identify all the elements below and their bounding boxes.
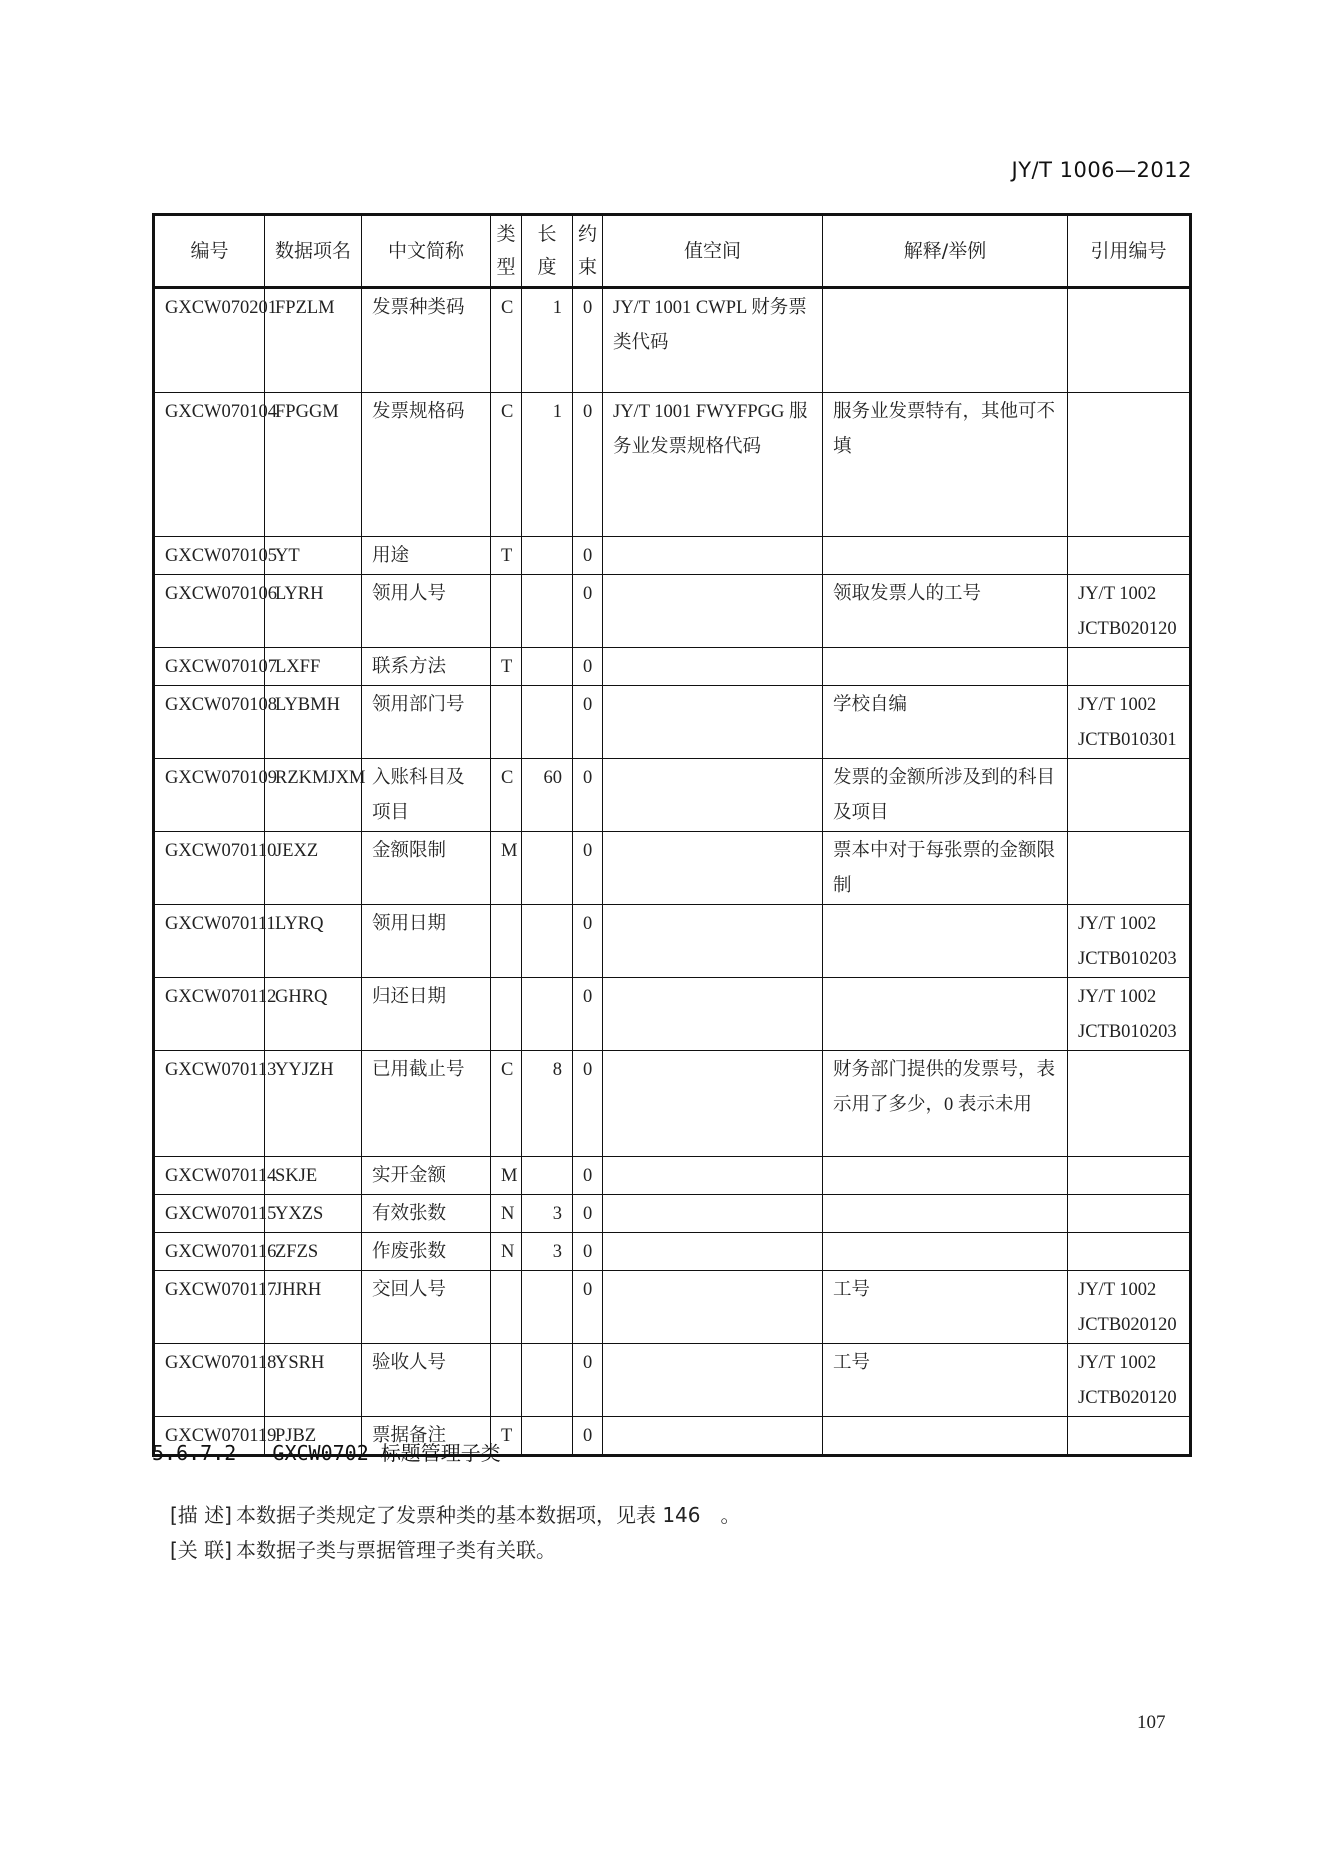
cell-id: GXCW070104 — [154, 393, 265, 537]
table-row: GXCW070109RZKMJXM入账科目及项目C600发票的金额所涉及到的科目… — [154, 759, 1191, 832]
cell-value-space — [603, 1195, 823, 1233]
cell-constraint: 0 — [573, 759, 603, 832]
cell-constraint: 0 — [573, 1195, 603, 1233]
cell-explanation — [823, 1233, 1068, 1271]
page-number: 107 — [1137, 1712, 1166, 1734]
col-header-reference: 引用编号 — [1068, 215, 1191, 288]
cell-type: M — [491, 1157, 522, 1195]
cell-chinese-name: 领用日期 — [362, 905, 491, 978]
col-header-id: 编号 — [154, 215, 265, 288]
cell-chinese-name: 用途 — [362, 537, 491, 575]
data-item-table: 编号 数据项名 中文简称 类型 长度 约束 值空间 解释/举例 引用编号 GXC… — [152, 213, 1192, 1457]
cell-reference: JY/T 1002 JCTB010301 — [1068, 686, 1191, 759]
cell-chinese-name: 入账科目及项目 — [362, 759, 491, 832]
cell-field-name: YSRH — [265, 1344, 362, 1417]
cell-id: GXCW070114 — [154, 1157, 265, 1195]
cell-explanation — [823, 1417, 1068, 1456]
table-header-row: 编号 数据项名 中文简称 类型 长度 约束 值空间 解释/举例 引用编号 — [154, 215, 1191, 288]
cell-constraint: 0 — [573, 1271, 603, 1344]
cell-field-name: SKJE — [265, 1157, 362, 1195]
cell-chinese-name: 有效张数 — [362, 1195, 491, 1233]
table-body: GXCW070201FPZLM发票种类码C10JY/T 1001 CWPL 财务… — [154, 288, 1191, 1456]
cell-length — [522, 575, 573, 648]
cell-value-space — [603, 575, 823, 648]
cell-chinese-name: 验收人号 — [362, 1344, 491, 1417]
section-heading: 5.6.7.2 GXCW0702 标题管理子类 — [152, 1437, 501, 1466]
cell-reference — [1068, 1051, 1191, 1157]
standard-code: JY/T 1006—2012 — [1012, 158, 1193, 182]
cell-chinese-name: 作废张数 — [362, 1233, 491, 1271]
cell-reference — [1068, 759, 1191, 832]
cell-field-name: ZFZS — [265, 1233, 362, 1271]
cell-value-space — [603, 537, 823, 575]
cell-id: GXCW070115 — [154, 1195, 265, 1233]
cell-type: T — [491, 648, 522, 686]
table-row: GXCW070108LYBMH领用部门号0学校自编JY/T 1002 JCTB0… — [154, 686, 1191, 759]
col-header-type: 类型 — [491, 215, 522, 288]
cell-constraint: 0 — [573, 1157, 603, 1195]
cell-reference — [1068, 1417, 1191, 1456]
cell-value-space — [603, 1344, 823, 1417]
cell-constraint: 0 — [573, 393, 603, 537]
cell-value-space: JY/T 1001 CWPL 财务票类代码 — [603, 288, 823, 393]
cell-type — [491, 1344, 522, 1417]
cell-field-name: YYJZH — [265, 1051, 362, 1157]
table-row: GXCW070118YSRH验收人号0工号JY/T 1002 JCTB02012… — [154, 1344, 1191, 1417]
cell-id: GXCW070117 — [154, 1271, 265, 1344]
cell-field-name: GHRQ — [265, 978, 362, 1051]
cell-field-name: JHRH — [265, 1271, 362, 1344]
cell-explanation: 工号 — [823, 1344, 1068, 1417]
cell-reference: JY/T 1002 JCTB010203 — [1068, 905, 1191, 978]
cell-explanation: 学校自编 — [823, 686, 1068, 759]
cell-explanation: 票本中对于每张票的金额限制 — [823, 832, 1068, 905]
table-row: GXCW070111LYRQ领用日期0JY/T 1002 JCTB010203 — [154, 905, 1191, 978]
cell-length: 8 — [522, 1051, 573, 1157]
cell-length: 60 — [522, 759, 573, 832]
cell-field-name: YT — [265, 537, 362, 575]
cell-type — [491, 575, 522, 648]
cell-reference — [1068, 288, 1191, 393]
cell-length — [522, 832, 573, 905]
cell-value-space — [603, 648, 823, 686]
section-number: 5.6.7.2 — [152, 1441, 236, 1465]
cell-type: M — [491, 832, 522, 905]
cell-type: C — [491, 393, 522, 537]
cell-explanation — [823, 648, 1068, 686]
relation-tag: [关 联] — [170, 1538, 232, 1562]
cell-field-name: LXFF — [265, 648, 362, 686]
cell-length: 1 — [522, 288, 573, 393]
cell-value-space — [603, 686, 823, 759]
table-row: GXCW070112GHRQ归还日期0JY/T 1002 JCTB010203 — [154, 978, 1191, 1051]
table-row: GXCW070116ZFZS作废张数N30 — [154, 1233, 1191, 1271]
table-row: GXCW070107LXFF联系方法T0 — [154, 648, 1191, 686]
cell-id: GXCW070116 — [154, 1233, 265, 1271]
cell-field-name: LYBMH — [265, 686, 362, 759]
cell-reference: JY/T 1002 JCTB010203 — [1068, 978, 1191, 1051]
cell-constraint: 0 — [573, 537, 603, 575]
cell-reference: JY/T 1002 JCTB020120 — [1068, 575, 1191, 648]
cell-length — [522, 686, 573, 759]
section-code: GXCW0702 — [272, 1441, 368, 1465]
cell-chinese-name: 实开金额 — [362, 1157, 491, 1195]
cell-reference — [1068, 537, 1191, 575]
cell-id: GXCW070112 — [154, 978, 265, 1051]
table-row: GXCW070114SKJE实开金额M0 — [154, 1157, 1191, 1195]
cell-reference — [1068, 832, 1191, 905]
cell-value-space — [603, 1417, 823, 1456]
col-header-constraint: 约束 — [573, 215, 603, 288]
cell-reference — [1068, 1233, 1191, 1271]
cell-explanation — [823, 978, 1068, 1051]
cell-explanation: 领取发票人的工号 — [823, 575, 1068, 648]
cell-explanation — [823, 1195, 1068, 1233]
cell-constraint: 0 — [573, 575, 603, 648]
description-paragraph: [描 述]本数据子类规定了发票种类的基本数据项，见表 146 。 — [170, 1499, 741, 1528]
cell-constraint: 0 — [573, 288, 603, 393]
cell-id: GXCW070105 — [154, 537, 265, 575]
cell-value-space — [603, 832, 823, 905]
cell-type: N — [491, 1195, 522, 1233]
cell-explanation — [823, 288, 1068, 393]
cell-id: GXCW070118 — [154, 1344, 265, 1417]
cell-value-space — [603, 978, 823, 1051]
cell-explanation: 财务部门提供的发票号，表示用了多少，0 表示未用 — [823, 1051, 1068, 1157]
cell-chinese-name: 金额限制 — [362, 832, 491, 905]
col-header-value-space: 值空间 — [603, 215, 823, 288]
cell-constraint: 0 — [573, 648, 603, 686]
cell-explanation: 服务业发票特有，其他可不填 — [823, 393, 1068, 537]
cell-reference — [1068, 1195, 1191, 1233]
cell-length — [522, 537, 573, 575]
cell-length — [522, 978, 573, 1051]
table-row: GXCW070115YXZS有效张数N30 — [154, 1195, 1191, 1233]
cell-value-space — [603, 1051, 823, 1157]
cell-id: GXCW070108 — [154, 686, 265, 759]
cell-length: 3 — [522, 1195, 573, 1233]
cell-type: T — [491, 537, 522, 575]
cell-field-name: LYRH — [265, 575, 362, 648]
cell-id: GXCW070201 — [154, 288, 265, 393]
col-header-length: 长度 — [522, 215, 573, 288]
cell-type — [491, 1271, 522, 1344]
cell-length — [522, 1344, 573, 1417]
cell-explanation: 工号 — [823, 1271, 1068, 1344]
cell-length: 3 — [522, 1233, 573, 1271]
cell-id: GXCW070110 — [154, 832, 265, 905]
table-row: GXCW070201FPZLM发票种类码C10JY/T 1001 CWPL 财务… — [154, 288, 1191, 393]
cell-field-name: FPGGM — [265, 393, 362, 537]
table-row: GXCW070106LYRH领用人号0领取发票人的工号JY/T 1002 JCT… — [154, 575, 1191, 648]
cell-type: C — [491, 1051, 522, 1157]
cell-type: C — [491, 759, 522, 832]
cell-chinese-name: 联系方法 — [362, 648, 491, 686]
cell-reference: JY/T 1002 JCTB020120 — [1068, 1271, 1191, 1344]
description-tag: [描 述] — [170, 1503, 232, 1527]
cell-value-space: JY/T 1001 FWYFPGG 服务业发票规格代码 — [603, 393, 823, 537]
cell-type — [491, 905, 522, 978]
cell-chinese-name: 归还日期 — [362, 978, 491, 1051]
cell-length — [522, 1417, 573, 1456]
cell-field-name: LYRQ — [265, 905, 362, 978]
cell-value-space — [603, 905, 823, 978]
table-row: GXCW070117JHRH交回人号0工号JY/T 1002 JCTB02012… — [154, 1271, 1191, 1344]
cell-field-name: YXZS — [265, 1195, 362, 1233]
cell-reference — [1068, 648, 1191, 686]
cell-type — [491, 686, 522, 759]
col-header-field-name: 数据项名 — [265, 215, 362, 288]
cell-constraint: 0 — [573, 1417, 603, 1456]
table-row: GXCW070110JEXZ金额限制M0票本中对于每张票的金额限制 — [154, 832, 1191, 905]
cell-value-space — [603, 1271, 823, 1344]
cell-reference — [1068, 1157, 1191, 1195]
relation-text: 本数据子类与票据管理子类有关联。 — [236, 1538, 556, 1562]
cell-chinese-name: 领用部门号 — [362, 686, 491, 759]
cell-constraint: 0 — [573, 1233, 603, 1271]
cell-field-name: RZKMJXM — [265, 759, 362, 832]
cell-chinese-name: 交回人号 — [362, 1271, 491, 1344]
cell-constraint: 0 — [573, 832, 603, 905]
table-row: GXCW070105YT用途T0 — [154, 537, 1191, 575]
cell-id: GXCW070111 — [154, 905, 265, 978]
cell-field-name: FPZLM — [265, 288, 362, 393]
cell-type: N — [491, 1233, 522, 1271]
cell-explanation — [823, 1157, 1068, 1195]
relation-paragraph: [关 联]本数据子类与票据管理子类有关联。 — [170, 1534, 556, 1563]
cell-field-name: JEXZ — [265, 832, 362, 905]
cell-type — [491, 978, 522, 1051]
cell-constraint: 0 — [573, 905, 603, 978]
cell-constraint: 0 — [573, 686, 603, 759]
cell-chinese-name: 发票种类码 — [362, 288, 491, 393]
cell-explanation: 发票的金额所涉及到的科目及项目 — [823, 759, 1068, 832]
cell-reference: JY/T 1002 JCTB020120 — [1068, 1344, 1191, 1417]
cell-explanation — [823, 905, 1068, 978]
cell-explanation — [823, 537, 1068, 575]
cell-constraint: 0 — [573, 1344, 603, 1417]
table-row: GXCW070113YYJZH已用截止号C80财务部门提供的发票号，表示用了多少… — [154, 1051, 1191, 1157]
description-text: 本数据子类规定了发票种类的基本数据项，见表 146 。 — [236, 1503, 741, 1527]
cell-constraint: 0 — [573, 1051, 603, 1157]
table-row: GXCW070104FPGGM发票规格码C10JY/T 1001 FWYFPGG… — [154, 393, 1191, 537]
cell-id: GXCW070107 — [154, 648, 265, 686]
cell-chinese-name: 已用截止号 — [362, 1051, 491, 1157]
cell-value-space — [603, 1233, 823, 1271]
cell-constraint: 0 — [573, 978, 603, 1051]
cell-id: GXCW070109 — [154, 759, 265, 832]
cell-length — [522, 905, 573, 978]
col-header-chinese-name: 中文简称 — [362, 215, 491, 288]
cell-length: 1 — [522, 393, 573, 537]
col-header-explanation: 解释/举例 — [823, 215, 1068, 288]
cell-length — [522, 1271, 573, 1344]
cell-value-space — [603, 759, 823, 832]
cell-chinese-name: 领用人号 — [362, 575, 491, 648]
cell-id: GXCW070113 — [154, 1051, 265, 1157]
cell-id: GXCW070106 — [154, 575, 265, 648]
cell-chinese-name: 发票规格码 — [362, 393, 491, 537]
cell-value-space — [603, 1157, 823, 1195]
cell-length — [522, 1157, 573, 1195]
cell-reference — [1068, 393, 1191, 537]
section-title: 标题管理子类 — [381, 1441, 501, 1465]
cell-length — [522, 648, 573, 686]
cell-type: C — [491, 288, 522, 393]
